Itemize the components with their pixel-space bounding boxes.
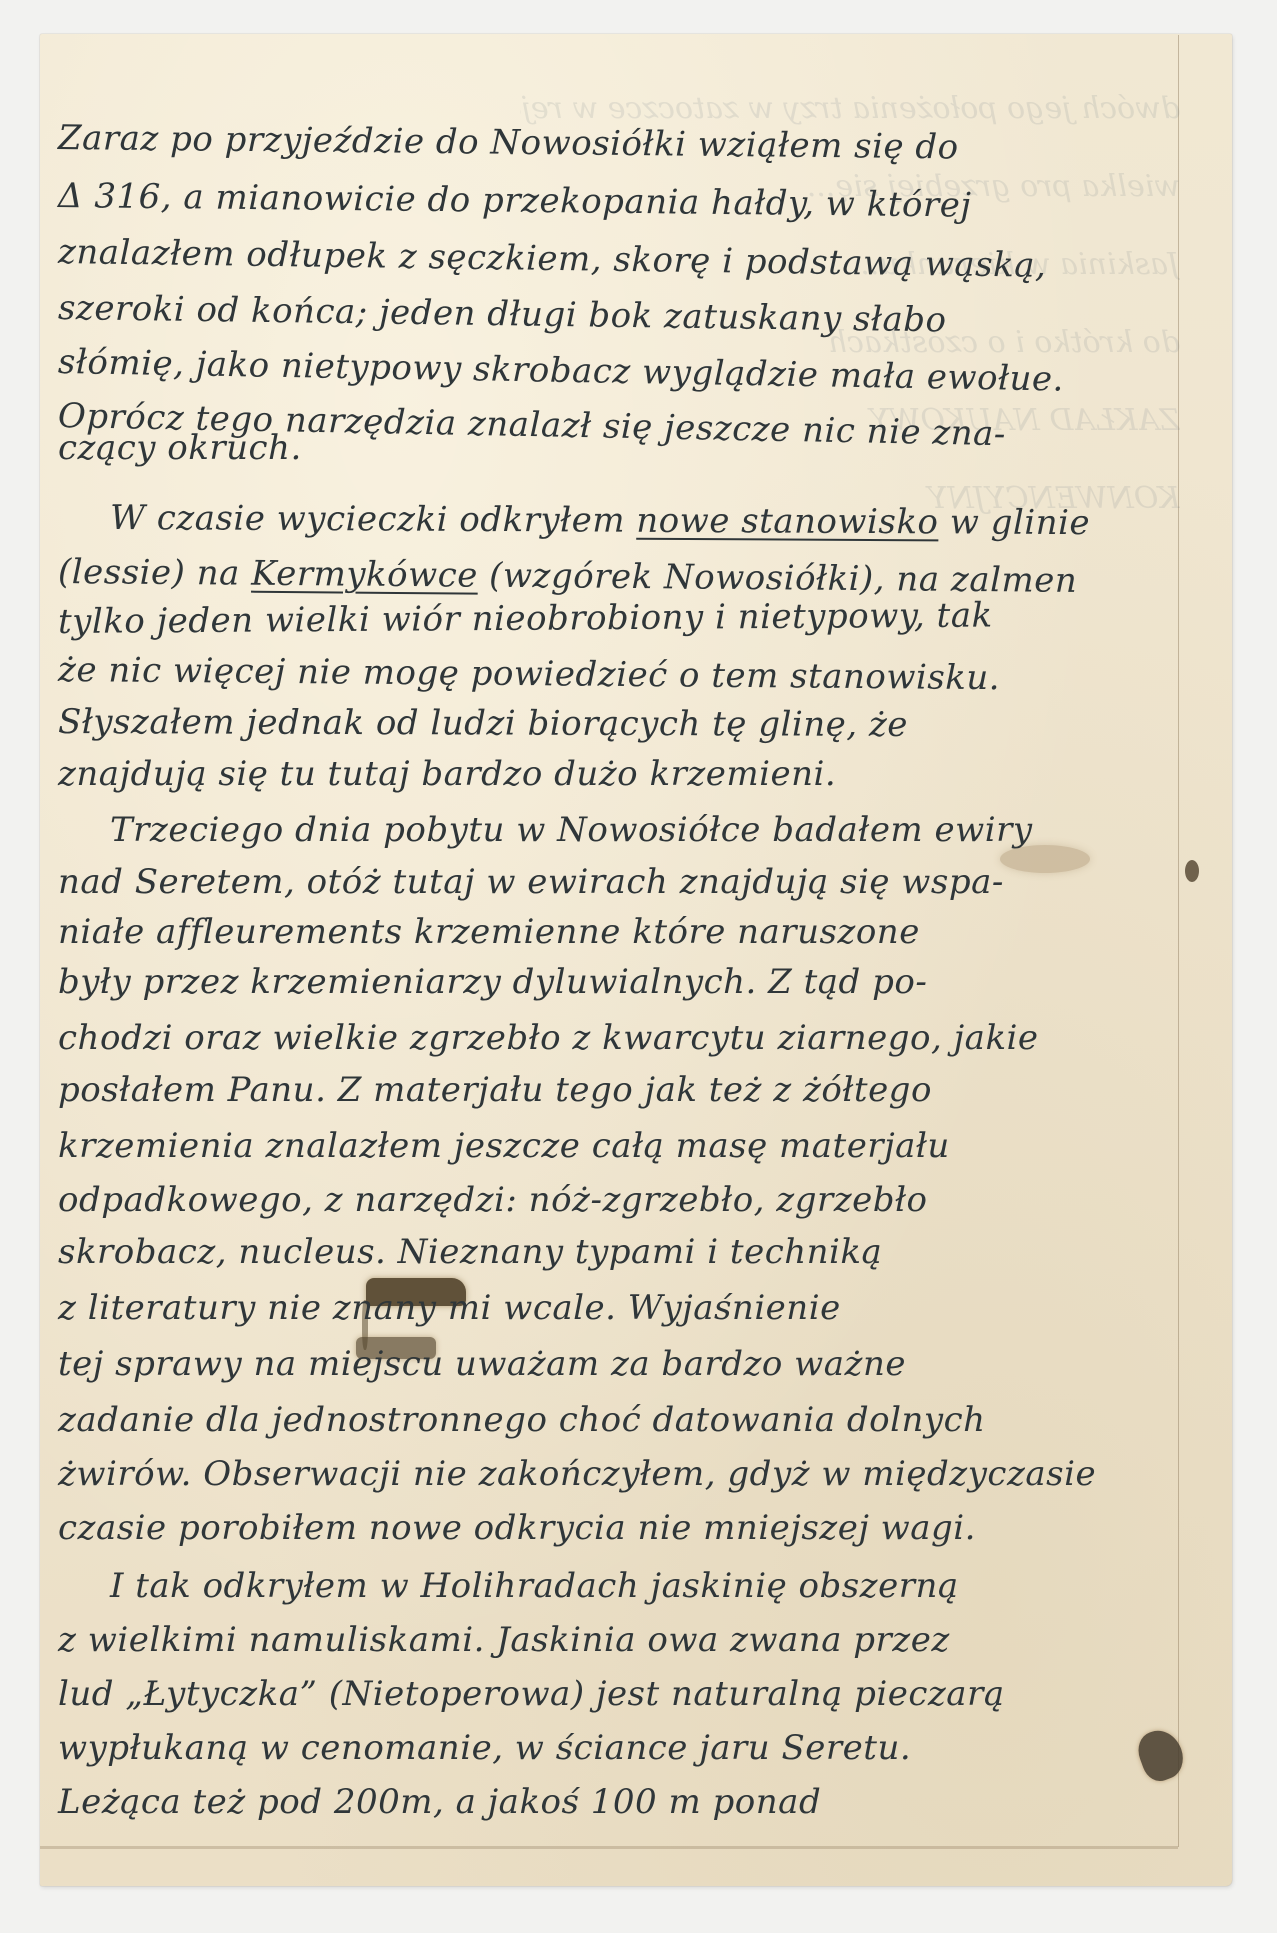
text-line: tej sprawy na miejscu uważam za bardzo w… [58, 1344, 906, 1384]
text-line: zadanie dla jednostronnego choć datowani… [58, 1400, 986, 1440]
text-line: Słyszałem jednak od ludzi biorących tę g… [58, 702, 908, 745]
text-line: czasie porobiłem nowe odkrycia nie mniej… [58, 1508, 976, 1548]
text-line: I tak odkryłem w Holihradach jaskinię ob… [110, 1566, 959, 1606]
text-line: że nic więcej nie mogę powiedzieć o tem … [58, 650, 1000, 698]
text-line: z literatury nie znany mi wcale. Wyjaśni… [58, 1288, 841, 1328]
text-line: lud „Łytyczka” (Nietoperowa) jest natura… [58, 1674, 1005, 1714]
text-line: słómię, jako nietypowy skrobacz wyglądzi… [58, 342, 1065, 400]
text-line: czący okruch. [58, 428, 302, 468]
underlined-phrase: nowe stanowisko [636, 501, 938, 543]
text-line: wypłukaną w cenomanie, w ściance jaru Se… [58, 1728, 911, 1768]
text-line: krzemienia znalazłem jeszcze całą masę m… [58, 1126, 950, 1166]
text-line: Δ 316, a mianowicie do przekopania hałdy… [58, 176, 972, 226]
text-line: żwirów. Obserwacji nie zakończyłem, gdyż… [58, 1454, 1096, 1494]
text-line: szeroki od końca; jeden długi bok zatusk… [58, 288, 947, 340]
text-line: znalazłem odłupek z sęczkiem, skorę i po… [58, 232, 1047, 286]
underlined-phrase: Kermykówce [251, 554, 478, 596]
text-line: Trzeciego dnia pobytu w Nowosiółce badał… [110, 810, 1033, 850]
text-line: skrobacz, nucleus. Nieznany typami i tec… [58, 1232, 882, 1272]
text-line: znajdują się tu tutaj bardzo dużo krzemi… [58, 754, 836, 794]
text-line: chodzi oraz wielkie zgrzebło z kwarcytu … [58, 1018, 1039, 1058]
text-line-with-underline: W czasie wycieczki odkryłem nowe stanowi… [110, 498, 1090, 543]
text-line: z wielkimi namuliskami. Jaskinia owa zwa… [58, 1620, 950, 1660]
text-line: tylko jeden wielki wiór nieobrobiony i n… [58, 595, 993, 642]
text-line: Zaraz po przyjeździe do Nowosiółki wziął… [58, 118, 959, 167]
text-line: (lessie) na Kermykówce (wzgórek Nowosiół… [58, 552, 1078, 601]
scan-background: dwóch jego położenia trzy w zatoczce w r… [0, 0, 1277, 1933]
text-line: nad Seretem, otóż tutaj w ewirach znajdu… [58, 862, 1004, 902]
text-line: odpadkowego, z narzędzi: nóż-zgrzebło, z… [58, 1180, 928, 1220]
text-line: niałe affleurements krzemienne które nar… [58, 912, 920, 952]
text-line: posłałem Panu. Z materjału tego jak też … [58, 1070, 932, 1110]
handwritten-text: Zaraz po przyjeździe do Nowosiółki wziął… [0, 0, 1277, 1933]
text-line: były przez krzemieniarzy dyluwialnych. Z… [58, 962, 927, 1002]
text-line: W czasie wycieczki odkryłem nowe stanowi… [110, 498, 1090, 543]
text-line: Leżąca też pod 200m, a jakoś 100 m ponad [58, 1782, 821, 1822]
